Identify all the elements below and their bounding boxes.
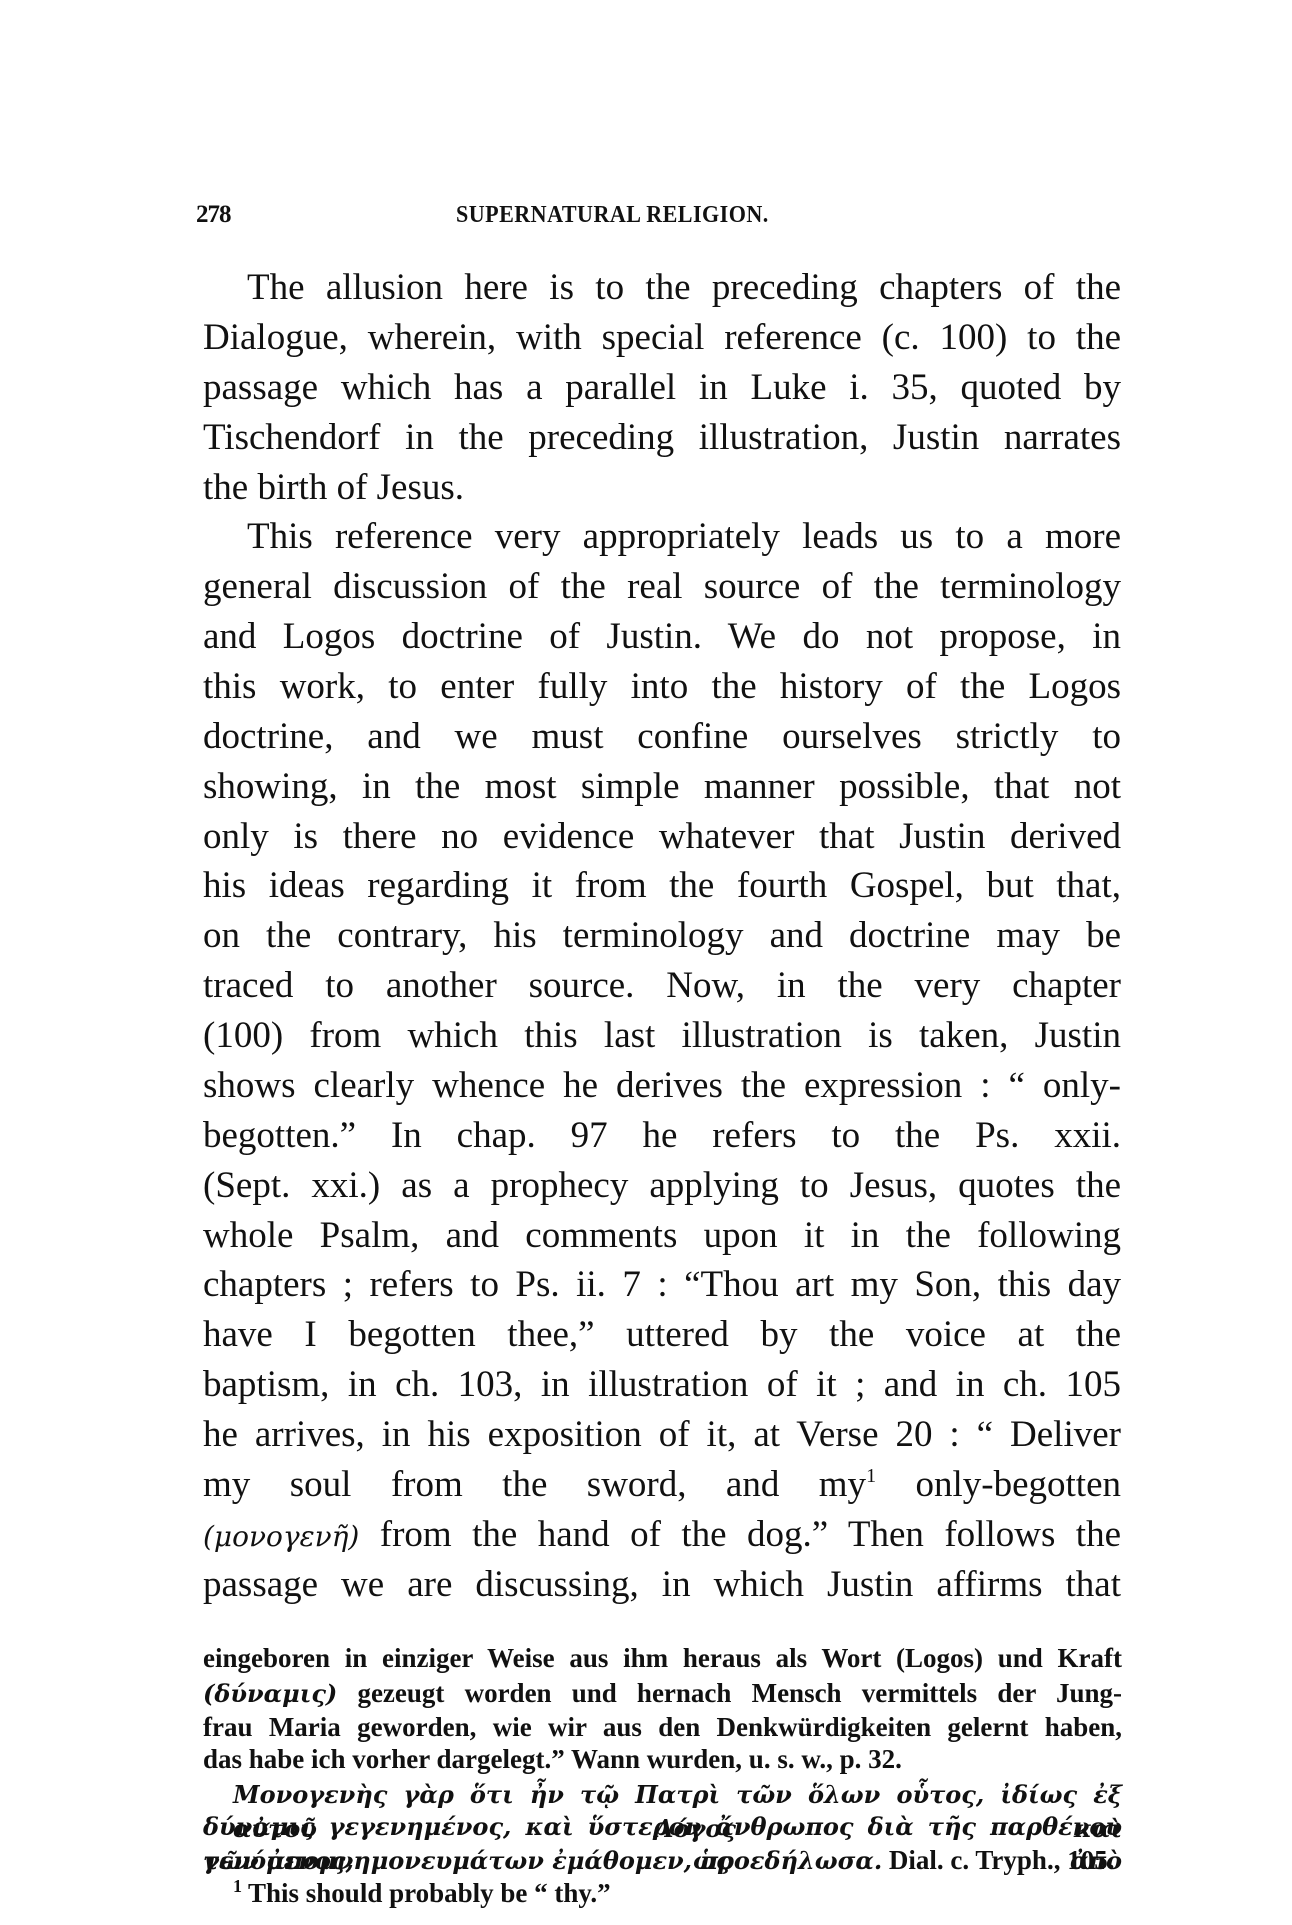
body-line: the birth of Jesus. bbox=[203, 463, 1121, 513]
body-line: passage we are discussing, in which Just… bbox=[203, 1560, 1121, 1610]
footnote-greek-line: δύναμις γεγενημένος, καὶ ὕστερον ἄνθρωπο… bbox=[203, 1810, 1122, 1844]
footnote-1: 1This should probably be “ thy.” bbox=[233, 1876, 1122, 1910]
body-line: This reference very appropriately leads … bbox=[247, 512, 1121, 562]
body-line: passage which has a parallel in Luke i. … bbox=[203, 363, 1121, 413]
body-line: traced to another source. Now, in the ve… bbox=[203, 961, 1121, 1011]
body-line: chapters ; refers to Ps. ii. 7 : “Thou a… bbox=[203, 1260, 1121, 1310]
footnote-greek-line: τῶν ἀπομνημονευμάτων ἐμάθομεν, προεδήλωσ… bbox=[203, 1843, 1122, 1877]
body-line: general discussion of the real source of… bbox=[203, 562, 1121, 612]
running-title: SUPERNATURAL RELIGION. bbox=[456, 200, 850, 230]
body-line: shows clearly whence he derives the expr… bbox=[203, 1061, 1121, 1111]
footnote-line: frau Maria geworden, wie wir aus den Den… bbox=[203, 1710, 1122, 1744]
body-line: Dialogue, wherein, with special referenc… bbox=[203, 313, 1121, 363]
body-line: whole Psalm, and comments upon it in the… bbox=[203, 1211, 1121, 1261]
body-line: only is there no evidence whatever that … bbox=[203, 812, 1121, 862]
body-line: doctrine, and we must confine ourselves … bbox=[203, 712, 1121, 762]
footnote-line: (δύναμις) gezeugt worden und hernach Men… bbox=[203, 1676, 1122, 1710]
footnote-marker: 1 bbox=[233, 1876, 242, 1896]
citation: Dial. c. Tryph., 105. bbox=[882, 1845, 1114, 1875]
body-line: begotten.” In chap. 97 he refers to the … bbox=[203, 1111, 1121, 1161]
body-line: baptism, in ch. 103, in illustration of … bbox=[203, 1360, 1121, 1410]
body-line: this work, to enter fully into the histo… bbox=[203, 662, 1121, 712]
footnote-line: das habe ich vorher dargelegt.” Wann wur… bbox=[203, 1742, 1122, 1776]
body-line: Tischendorf in the preceding illustratio… bbox=[203, 413, 1121, 463]
body-line: his ideas regarding it from the fourth G… bbox=[203, 861, 1121, 911]
page-number: 278 bbox=[196, 200, 231, 230]
footnote-reference[interactable]: 1 bbox=[866, 1465, 876, 1487]
book-page: 278 SUPERNATURAL RELIGION. The allusion … bbox=[0, 0, 1292, 1925]
running-head: 278 SUPERNATURAL RELIGION. bbox=[196, 200, 1122, 230]
body-line: showing, in the most simple manner possi… bbox=[203, 762, 1121, 812]
greek-word: (δύναμις) bbox=[203, 1679, 337, 1708]
body-line: (100) from which this last illustration … bbox=[203, 1011, 1121, 1061]
greek-word: (μονογενῆ) bbox=[203, 1520, 359, 1553]
body-line: have I begotten thee,” uttered by the vo… bbox=[203, 1310, 1121, 1360]
body-line: my soul from the sword, and my1 only-beg… bbox=[203, 1460, 1121, 1510]
body-line: The allusion here is to the preceding ch… bbox=[247, 263, 1121, 313]
footnote-greek-line: Μονογενὴς γὰρ ὅτι ἦν τῷ Πατρὶ τῶν ὅλων ο… bbox=[233, 1778, 1122, 1812]
footnote-line: eingeboren in einziger Weise aus ihm her… bbox=[203, 1641, 1122, 1675]
body-line: (μονογενῆ) from the hand of the dog.” Th… bbox=[203, 1510, 1121, 1560]
body-line: and Logos doctrine of Justin. We do not … bbox=[203, 612, 1121, 662]
body-line: he arrives, in his exposition of it, at … bbox=[203, 1410, 1121, 1460]
body-line: (Sept. xxi.) as a prophecy applying to J… bbox=[203, 1161, 1121, 1211]
body-line: on the contrary, his terminology and doc… bbox=[203, 911, 1121, 961]
